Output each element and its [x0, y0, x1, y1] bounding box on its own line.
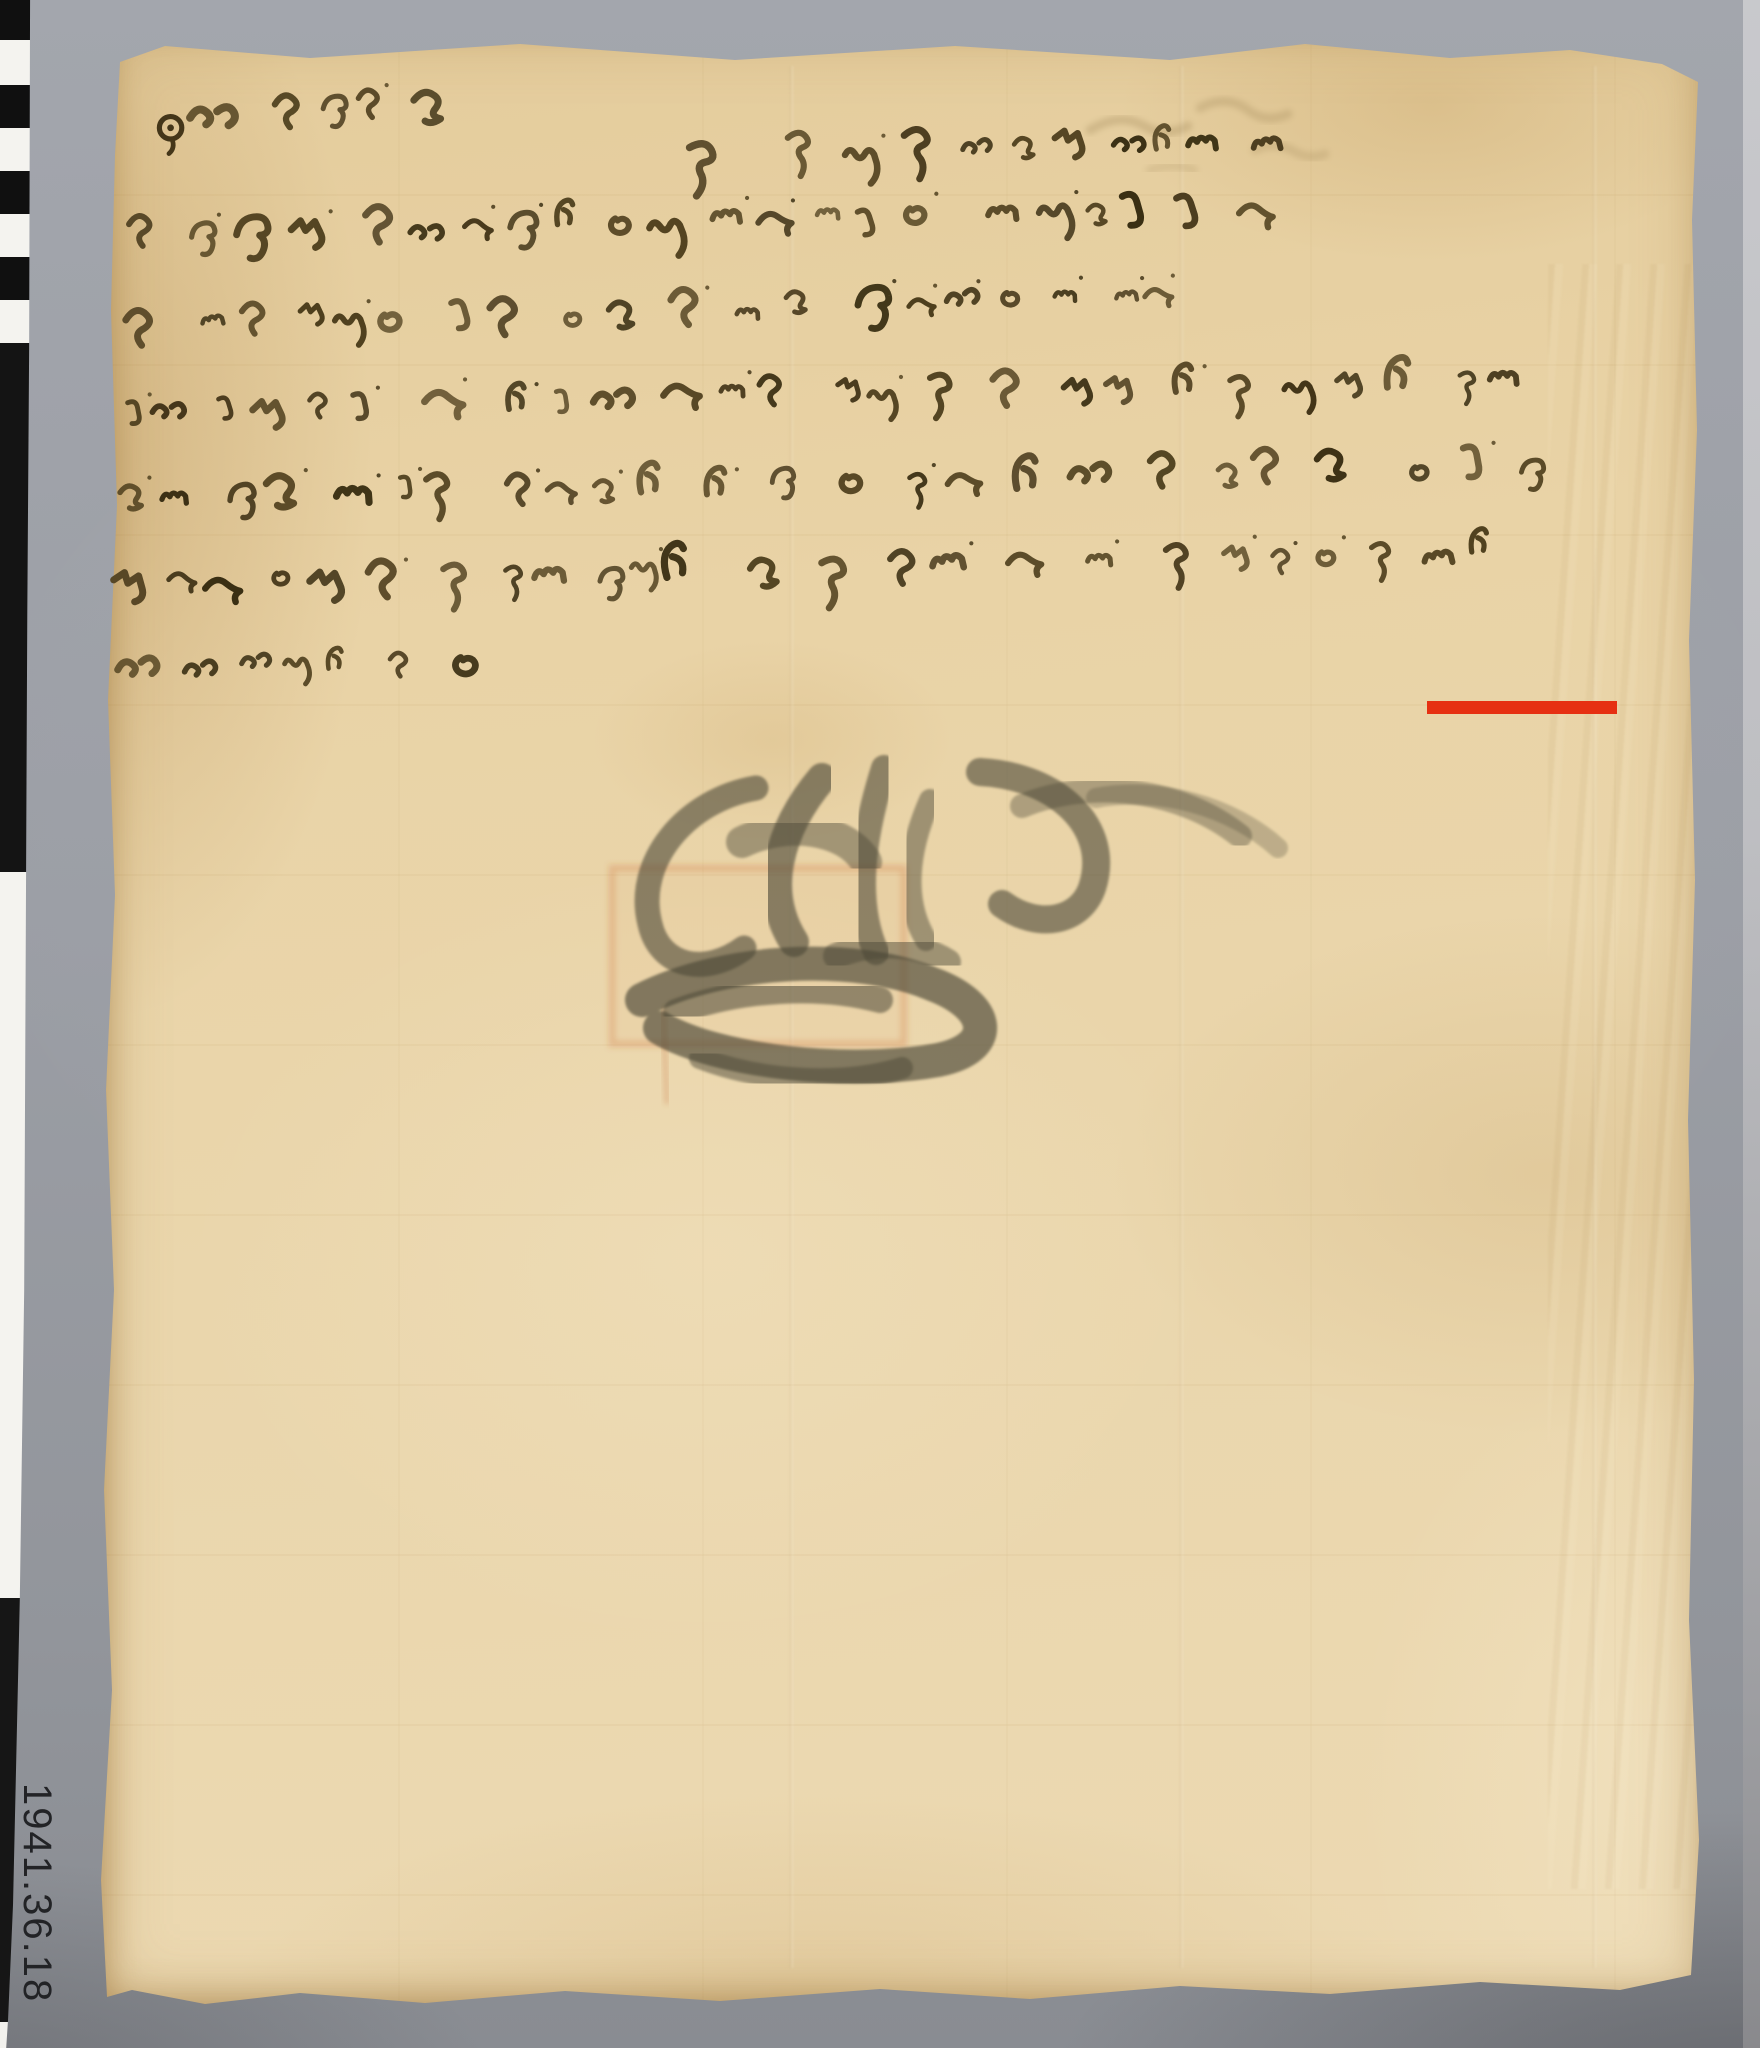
paper-crease [1593, 66, 1597, 1969]
scale-bar-segment [0, 300, 31, 343]
manuscript-paper [96, 26, 1706, 2008]
paper-edge-staining [96, 26, 1706, 2008]
scale-bar-segment [0, 40, 31, 85]
scale-bar-segment [0, 0, 31, 40]
scale-bar-segment [0, 2022, 31, 2048]
scale-bar-segment [0, 85, 31, 128]
scale-bar-segment [0, 171, 31, 214]
accession-number: 1941.36.18 [14, 1783, 59, 2003]
scale-bar-segment [0, 872, 31, 1598]
photographic-scale-bar [0, 0, 31, 2048]
museum-photograph: 1941.36.18 [0, 0, 1760, 2048]
mat-right-edge [1743, 0, 1760, 2048]
scale-bar-segment [0, 257, 31, 300]
scale-bar-segment [0, 343, 31, 872]
scale-bar-segment [0, 214, 31, 257]
scale-bar-segment [0, 128, 31, 171]
paper-crease [790, 66, 794, 1969]
paper-crease [1180, 66, 1184, 1969]
